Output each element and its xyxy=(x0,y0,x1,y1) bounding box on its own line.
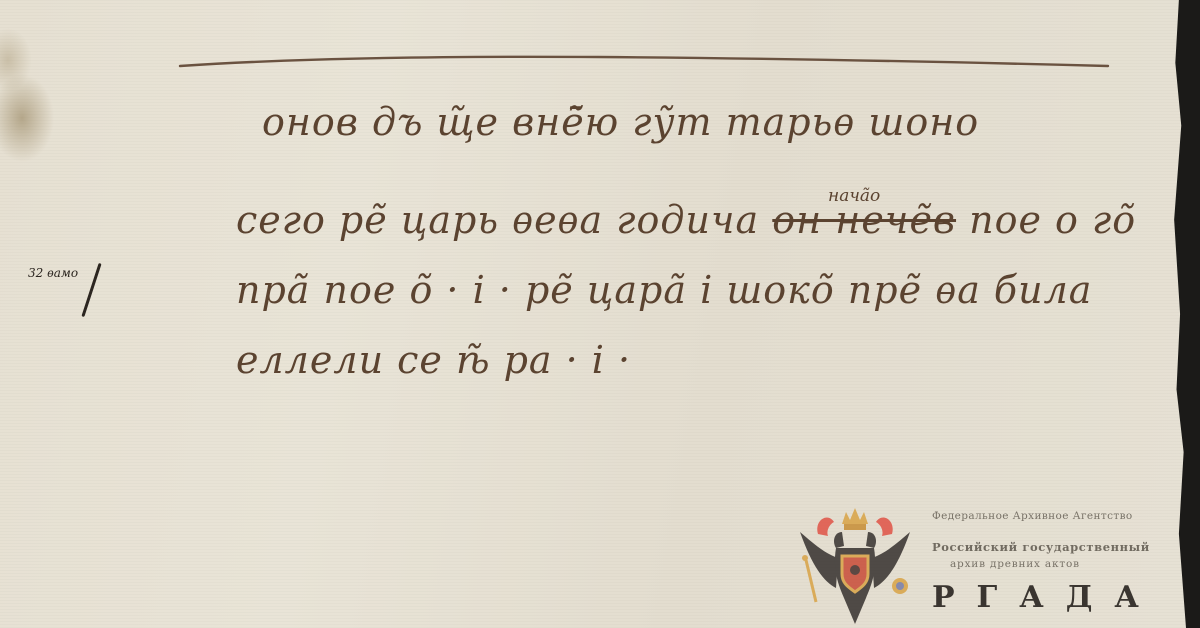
manuscript-line-3: пра̃ пое о̃ · і · ре̃ цара̃ і шоко̃ пре̃… xyxy=(236,268,1092,312)
manuscript-line-2: сего ре̃ царь ѳеѳа годича он нече̃в пое … xyxy=(236,198,1136,242)
double-headed-eagle-icon xyxy=(792,502,918,626)
watermark-abbreviation: РГАДА xyxy=(932,580,1161,615)
struck-through-text: он нече̃в xyxy=(772,198,956,242)
manuscript-line-1: онов дъ щ̃е вне̃̄ю гу̃т тарьѳ шоно xyxy=(262,100,979,144)
watermark-archive-line-1: Российский государственный xyxy=(932,540,1150,554)
manuscript-line-4: еллели се ѣ̃ ра · і · xyxy=(236,338,631,382)
margin-mark xyxy=(81,263,101,317)
watermark-agency: Федеральное Архивное Агентство xyxy=(932,510,1133,522)
manuscript-line-2-start: сего ре̃ царь ѳеѳа годича xyxy=(236,198,772,242)
manuscript-page: онов дъ щ̃е вне̃̄ю гу̃т тарьѳ шоно нача̃… xyxy=(0,0,1186,628)
watermark-archive-line-2: архив древних актов xyxy=(950,558,1080,570)
archive-watermark: Федеральное Архивное Агентство Российски… xyxy=(792,500,1152,628)
header-rule-line xyxy=(178,54,1113,68)
manuscript-line-2-end: пое о го̃ xyxy=(956,198,1136,242)
margin-note: 32 ѳамо xyxy=(28,266,78,280)
document-viewer: онов дъ щ̃е вне̃̄ю гу̃т тарьѳ шоно нача̃… xyxy=(0,0,1200,628)
